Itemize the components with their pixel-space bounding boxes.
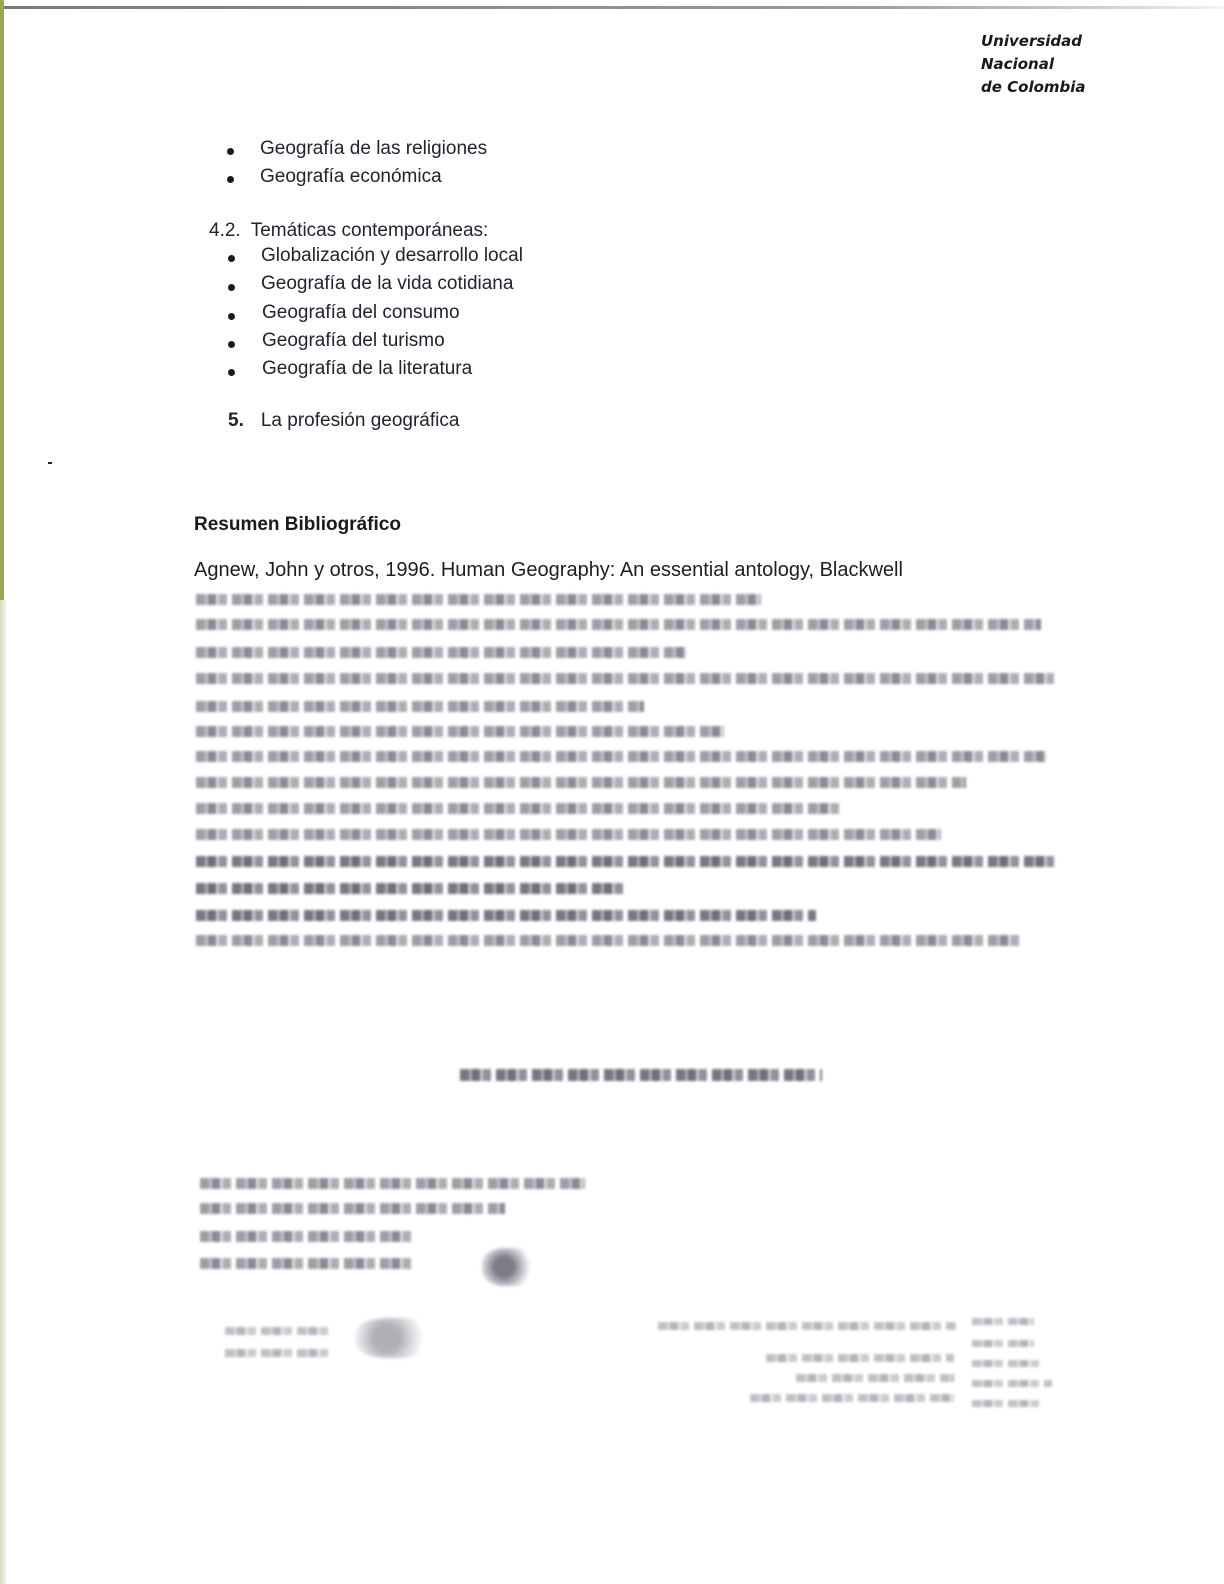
redacted-line: [200, 1203, 505, 1214]
redacted-line: [196, 829, 941, 840]
top-scan-rule: [0, 6, 1224, 9]
section-title: Temáticas contemporáneas:: [251, 220, 489, 241]
redacted-line: [196, 777, 966, 788]
section-number: 5.: [228, 410, 244, 432]
page-left-edge: [0, 0, 4, 600]
page-left-edge-lower: [0, 600, 7, 1584]
redacted-line: [225, 1327, 330, 1335]
bullet-icon: [227, 176, 234, 183]
redacted-line: [972, 1400, 1040, 1407]
redacted-line: [196, 935, 1021, 946]
redacted-line: [196, 751, 1046, 762]
section-5-heading: 5.La profesión geográfica: [228, 410, 459, 432]
signature-mark: [355, 1318, 435, 1358]
redacted-line: [750, 1394, 954, 1402]
redacted-line: [972, 1360, 1044, 1367]
redacted-line: [196, 619, 1041, 630]
redacted-line: [196, 594, 761, 605]
stray-scan-mark: [48, 462, 52, 464]
list-item: Geografía del consumo: [262, 302, 460, 324]
signature-mark: [482, 1248, 537, 1286]
redacted-line: [796, 1374, 954, 1382]
redacted-line: [196, 673, 1054, 684]
redacted-line: [972, 1318, 1034, 1325]
bullet-icon: [228, 369, 235, 376]
bibliography-entry: Agnew, John y otros, 1996. Human Geograp…: [194, 559, 903, 582]
bullet-icon: [227, 148, 234, 155]
redacted-line: [972, 1340, 1034, 1347]
redacted-line: [200, 1258, 415, 1269]
logo-line-1: Universidad: [981, 30, 1086, 53]
redacted-line: [196, 883, 628, 894]
logo-line-3: de Colombia: [981, 76, 1086, 99]
bullet-icon: [228, 255, 235, 262]
list-item: Geografía del turismo: [262, 330, 445, 352]
redacted-line: [196, 701, 644, 712]
list-item: Globalización y desarrollo local: [261, 245, 523, 267]
redacted-line: [766, 1354, 954, 1362]
bullet-icon: [228, 313, 235, 320]
list-item: Geografía de la vida cotidiana: [261, 273, 513, 295]
redacted-line: [225, 1349, 330, 1357]
list-item: Geografía de las religiones: [260, 138, 487, 160]
redacted-line: [196, 647, 686, 658]
redacted-line: [196, 856, 1054, 867]
list-item: Geografía de la literatura: [262, 358, 472, 380]
section-title: La profesión geográfica: [261, 410, 460, 431]
redacted-line: [972, 1380, 1052, 1387]
redacted-line: [200, 1178, 585, 1189]
redacted-line: [200, 1231, 415, 1242]
redacted-line: [196, 803, 841, 814]
list-item: Geografía económica: [260, 166, 442, 188]
redacted-line: [658, 1322, 956, 1330]
redacted-line: [196, 910, 816, 921]
redacted-center-title: [460, 1069, 822, 1081]
section-number: 4.2.: [209, 220, 241, 242]
redacted-line: [196, 726, 724, 737]
bibliography-heading: Resumen Bibliográfico: [194, 514, 401, 536]
university-logo: Universidad Nacional de Colombia: [981, 30, 1086, 99]
section-4-2-heading: 4.2.Temáticas contemporáneas:: [209, 220, 488, 242]
bullet-icon: [228, 284, 235, 291]
bullet-icon: [228, 341, 235, 348]
logo-line-2: Nacional: [981, 53, 1086, 76]
